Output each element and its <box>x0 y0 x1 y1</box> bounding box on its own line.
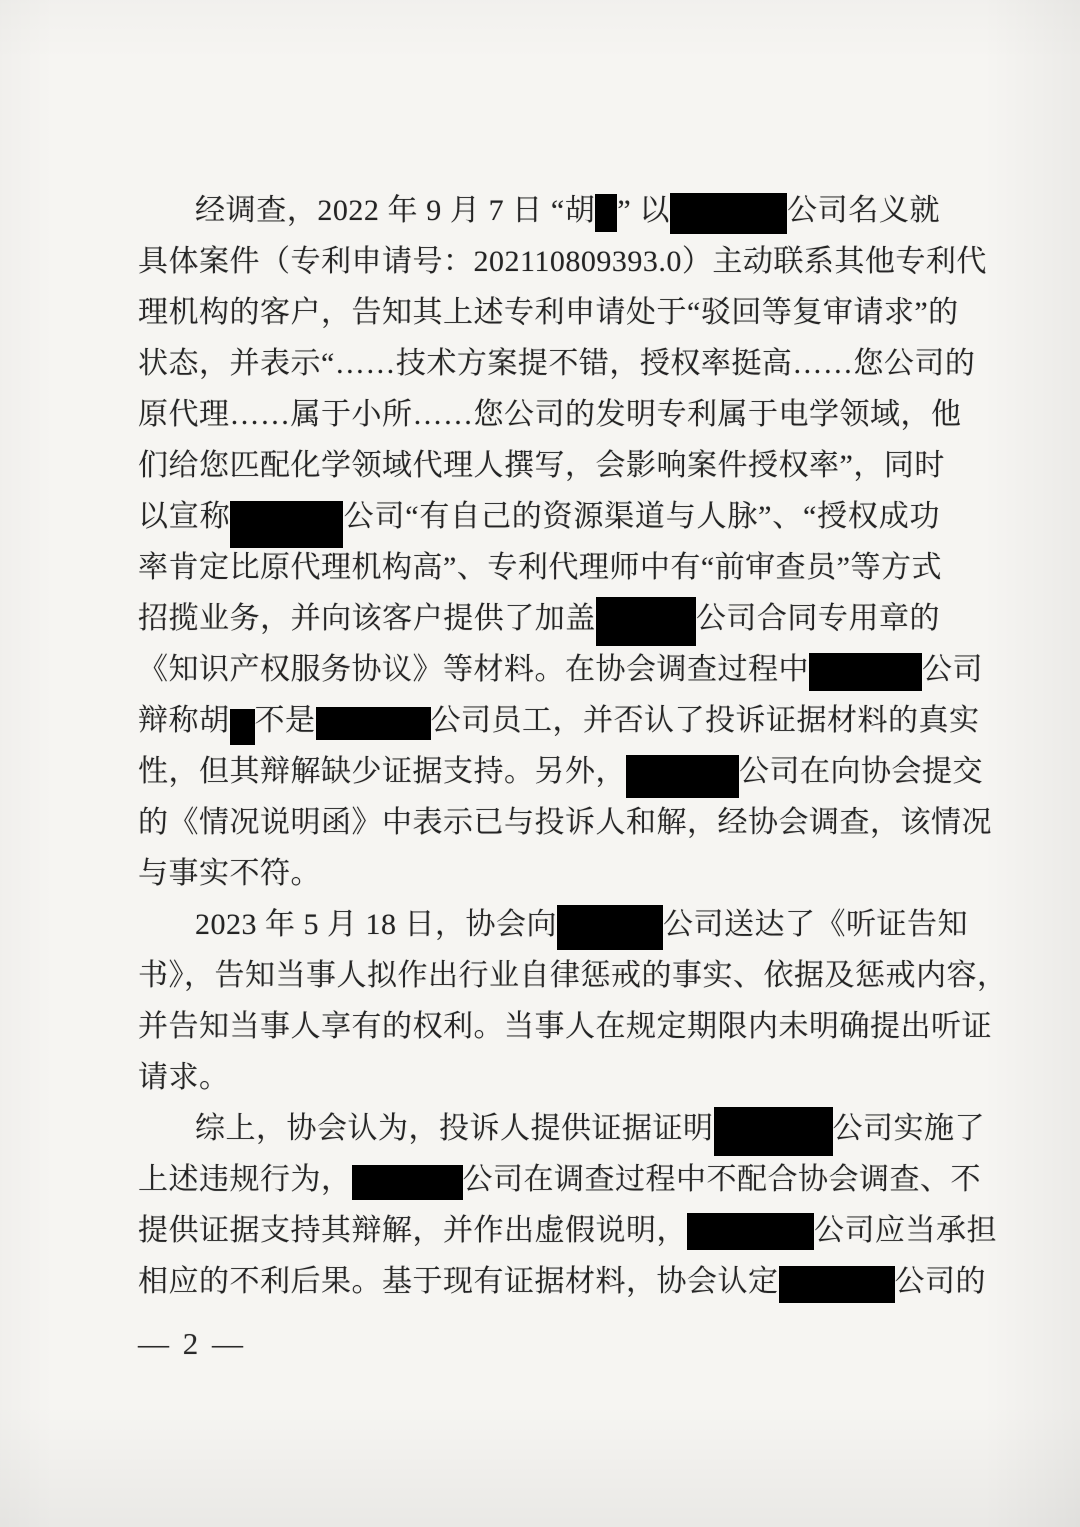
text-segment: 请求。 <box>138 1061 230 1094</box>
text-segment: 公司 <box>922 653 983 686</box>
redaction-box <box>687 1213 814 1250</box>
document-page: 经调查，2022 年 9 月 7 日 “胡” 以公司名义就具体案件（专利申请号：… <box>0 0 1080 1527</box>
text-segment: 书》，告知当事人拟作出行业自律惩戒的事实、依据及惩戒内容， <box>138 959 1008 992</box>
text-segment: 公司送达了《听证告知 <box>663 908 968 941</box>
text-line: 请求。 <box>138 1058 940 1098</box>
text-segment: 以宣称 <box>138 500 230 533</box>
text-segment: 公司实施了 <box>833 1112 986 1145</box>
text-segment: 公司在向协会提交 <box>739 755 983 788</box>
text-segment: 相应的不利后果。基于现有证据材料，协会认定 <box>138 1265 779 1298</box>
text-segment: 公司“有自己的资源渠道与人脉”、“授权成功 <box>343 500 940 533</box>
text-segment: 经调查，2022 年 9 月 7 日 “胡 <box>195 194 595 227</box>
redaction-box <box>596 597 696 646</box>
text-line: 们给您匹配化学领域代理人撰写，会影响案件授权率”，同时 <box>138 446 940 486</box>
text-segment: 2023 年 5 月 18 日，协会向 <box>195 908 557 941</box>
text-segment: 们给您匹配化学领域代理人撰写，会影响案件授权率”，同时 <box>138 449 945 482</box>
text-line: 并告知当事人享有的权利。当事人在规定期限内未明确提出听证 <box>138 1007 940 1047</box>
text-line: 原代理……属于小所……您公司的发明专利属于电学领域，他 <box>138 395 940 435</box>
text-segment: 与事实不符。 <box>138 857 321 890</box>
text-segment: 综上，协会认为，投诉人提供证据证明 <box>195 1112 714 1145</box>
text-segment: 辩称胡 <box>138 704 230 737</box>
text-line: 相应的不利后果。基于现有证据材料，协会认定公司的 <box>138 1262 940 1302</box>
text-segment: 具体案件（专利申请号：202110809393.0）主动联系其他专利代 <box>138 245 987 278</box>
text-segment: 公司应当承担 <box>814 1214 997 1247</box>
text-segment: 状态，并表示“……技术方案提不错，授权率挺高……您公司的 <box>138 347 975 380</box>
redaction-box <box>670 193 787 234</box>
redaction-box <box>809 653 922 691</box>
text-segment: 《知识产权服务协议》等材料。在协会调查过程中 <box>138 653 809 686</box>
text-line: 具体案件（专利申请号：202110809393.0）主动联系其他专利代 <box>138 242 940 282</box>
redaction-box <box>779 1266 895 1303</box>
text-line: 书》，告知当事人拟作出行业自律惩戒的事实、依据及惩戒内容， <box>138 956 940 996</box>
text-segment: 上述违规行为， <box>138 1163 352 1196</box>
text-segment: 提供证据支持其辩解，并作出虚假说明， <box>138 1214 687 1247</box>
redaction-box <box>714 1107 833 1156</box>
text-line: 2023 年 5 月 18 日，协会向公司送达了《听证告知 <box>138 905 940 945</box>
text-line: 综上，协会认为，投诉人提供证据证明公司实施了 <box>138 1109 940 1149</box>
text-segment: 公司员工，并否认了投诉证据材料的真实 <box>431 704 980 737</box>
text-line: 上述违规行为，公司在调查过程中不配合协会调查、不 <box>138 1160 940 1200</box>
text-segment: 性，但其辩解缺少证据支持。另外， <box>138 755 626 788</box>
text-line: 性，但其辩解缺少证据支持。另外，公司在向协会提交 <box>138 752 940 792</box>
text-segment: 公司的 <box>895 1265 987 1298</box>
page-number: — 2 — <box>138 1326 246 1362</box>
text-line: 状态，并表示“……技术方案提不错，授权率挺高……您公司的 <box>138 344 940 384</box>
redaction-box <box>230 501 343 548</box>
text-segment: 公司名义就 <box>787 194 940 227</box>
text-segment: 招揽业务，并向该客户提供了加盖 <box>138 602 596 635</box>
text-line: 的《情况说明函》中表示已与投诉人和解，经协会调查，该情况 <box>138 803 940 843</box>
text-line: 率肯定比原代理机构高”、专利代理师中有“前审查员”等方式 <box>138 548 940 588</box>
text-line: 招揽业务，并向该客户提供了加盖公司合同专用章的 <box>138 599 940 639</box>
text-segment: 原代理……属于小所……您公司的发明专利属于电学领域，他 <box>138 398 962 431</box>
text-segment: 公司在调查过程中不配合协会调查、不 <box>463 1163 982 1196</box>
text-segment: ” 以 <box>617 194 670 227</box>
text-segment: 率肯定比原代理机构高”、专利代理师中有“前审查员”等方式 <box>138 551 942 584</box>
redaction-box <box>230 709 255 745</box>
text-segment: 不是 <box>255 704 316 737</box>
text-segment: 的《情况说明函》中表示已与投诉人和解，经协会调查，该情况 <box>138 806 992 839</box>
redaction-box <box>557 905 663 950</box>
redaction-box <box>595 194 617 232</box>
text-segment: 理机构的客户，告知其上述专利申请处于“驳回等复审请求”的 <box>138 296 959 329</box>
text-line: 以宣称公司“有自己的资源渠道与人脉”、“授权成功 <box>138 497 940 537</box>
text-line: 理机构的客户，告知其上述专利申请处于“驳回等复审请求”的 <box>138 293 940 333</box>
text-line: 《知识产权服务协议》等材料。在协会调查过程中公司 <box>138 650 940 690</box>
text-segment: 公司合同专用章的 <box>696 602 940 635</box>
text-line: 提供证据支持其辩解，并作出虚假说明，公司应当承担 <box>138 1211 940 1251</box>
text-line: 辩称胡不是公司员工，并否认了投诉证据材料的真实 <box>138 701 940 741</box>
redaction-box <box>626 755 739 798</box>
text-line: 经调查，2022 年 9 月 7 日 “胡” 以公司名义就 <box>138 191 940 231</box>
text-segment: 并告知当事人享有的权利。当事人在规定期限内未明确提出听证 <box>138 1010 992 1043</box>
text-line: 与事实不符。 <box>138 854 940 894</box>
redaction-box <box>352 1165 463 1200</box>
redaction-box <box>316 707 431 740</box>
